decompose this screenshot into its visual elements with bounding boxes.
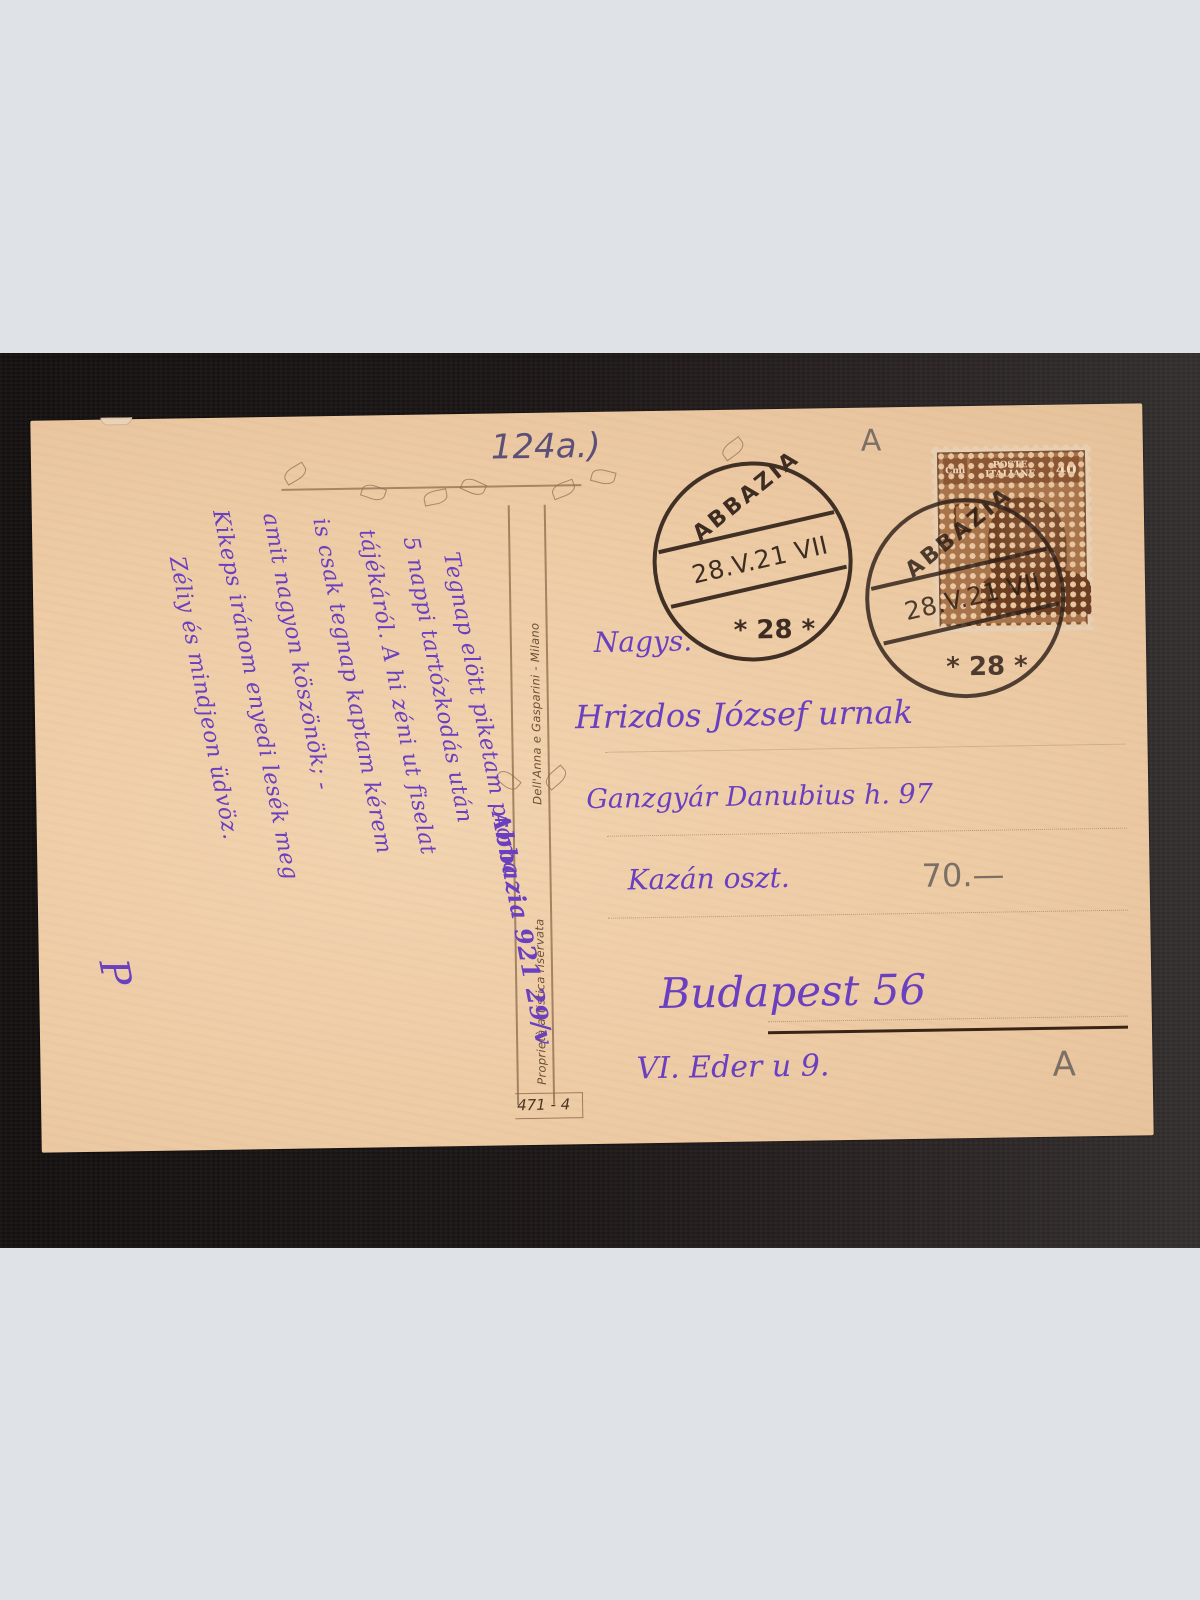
address-recipient: Hrizdos József urnak xyxy=(575,693,914,736)
stamp-currency: Cmi xyxy=(943,458,967,484)
stamp-denomination: 40 xyxy=(1053,456,1079,482)
pencil-price: 70.— xyxy=(921,856,1004,895)
address-city: Budapest 56 xyxy=(659,965,927,1018)
leaf-ornament xyxy=(719,436,747,461)
address-dotted-line xyxy=(607,828,1127,837)
address-underline xyxy=(768,1026,1128,1035)
pencil-mark-bottom: A xyxy=(1052,1044,1076,1084)
signature: P xyxy=(90,955,140,991)
series-code: 471 - 4 xyxy=(517,1095,570,1114)
postmark-number: * 28 * xyxy=(733,614,815,645)
publisher-imprint: Dell'Anna e Gasparini - Milano xyxy=(528,623,545,805)
address-dotted-line xyxy=(768,1016,1128,1023)
stamp-country: POSTE ITALIANE xyxy=(970,457,1050,484)
handwritten-message: Tegnap elött piketam proma 5 nappi tartó… xyxy=(91,449,521,1116)
address-dotted-line xyxy=(606,744,1126,753)
stamp-header: Cmi POSTE ITALIANE 40 xyxy=(943,456,1079,484)
address-department: Kazán oszt. xyxy=(627,861,790,897)
leaf-ornament xyxy=(590,467,617,486)
postmark-2: ABBAZIA 28.V.21 VII * 28 * xyxy=(864,497,1067,700)
pencil-mark-top: A xyxy=(860,423,881,458)
address-salutation: Nagys. xyxy=(594,624,693,659)
postcard: 124a.) A Dell'Anna e Gasparini - Milano … xyxy=(30,403,1153,1152)
postmark-number: * 28 * xyxy=(946,651,1028,682)
address-street: Ganzgyár Danubius h. 97 xyxy=(586,779,933,815)
card-corner-wear xyxy=(100,417,132,426)
address-dotted-line xyxy=(608,910,1128,919)
address-line-6: VI. Eder u 9. xyxy=(636,1048,829,1086)
leaf-ornament xyxy=(550,479,577,501)
